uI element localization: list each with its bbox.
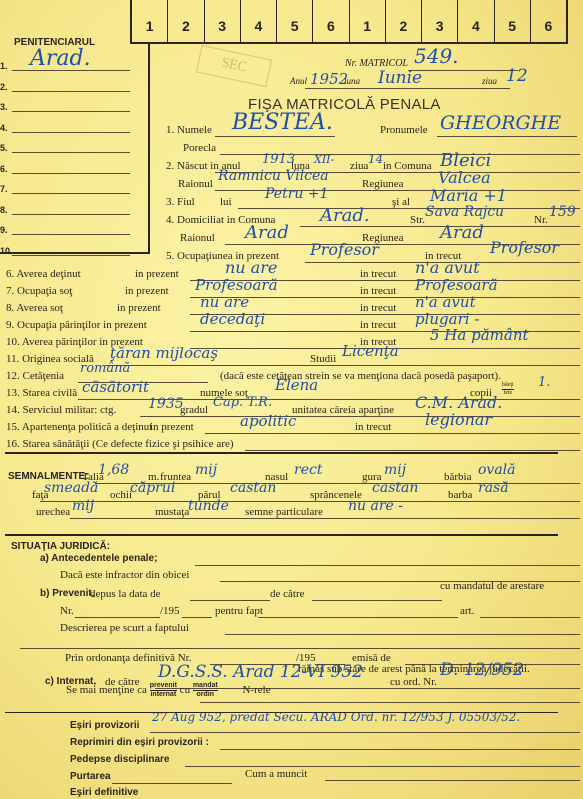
nr-value-handwritten: 159: [549, 204, 576, 220]
purtarea-label: Purtarea: [70, 771, 111, 782]
prevenit-internat-fraction: prevenitinternat: [150, 682, 177, 699]
semne-label: semne particulare: [245, 506, 323, 518]
fill-line: [140, 416, 580, 417]
grid-cell: 1: [132, 0, 168, 42]
fill-line: [40, 501, 580, 502]
reprimiri-label: Reprimiri din eşiri provizorii :: [70, 737, 209, 748]
fill-line: [312, 600, 442, 601]
mandat-label: cu mandatul de arestare: [440, 580, 544, 592]
sanatate-label: 16. Starea sănătăţii (Ce defecte fizice …: [6, 438, 234, 450]
parul-value-handwritten: castan: [230, 480, 276, 496]
raionul-value-handwritten: Ramnicu Vilcea: [218, 168, 329, 184]
cum-a-muncit-label: Cum a muncit: [245, 768, 307, 780]
fill-line: [185, 766, 580, 767]
fill-line: [225, 634, 580, 635]
tata-value-handwritten: Petru +1: [265, 186, 329, 202]
luna-label: luna: [344, 76, 360, 86]
raionul2-label: Raionul: [180, 232, 215, 244]
esiri-prov-label: Eşiri provizorii: [70, 720, 139, 731]
fill-line: [70, 518, 580, 519]
barba-value-handwritten: rasă: [478, 480, 509, 496]
cu-ord-value-handwritten: D. 12/952: [440, 660, 524, 680]
barbia-value-handwritten: ovală: [478, 462, 516, 478]
grid-cell: 4: [241, 0, 277, 42]
studii-label: Studii: [310, 353, 336, 365]
pentru-fapt-label: pentru fapt: [215, 605, 263, 617]
stare-civila-label: 13. Starea civilă: [6, 387, 77, 399]
ziua-label: ziua: [350, 160, 368, 172]
fill-line: [182, 617, 212, 618]
in-trecut-label: in trecut: [360, 285, 396, 297]
luna-value: Iunie: [378, 68, 422, 88]
fill-line: [105, 365, 580, 366]
fill-line: [150, 732, 580, 733]
ocup-sot-label: 7. Ocupaţia soţ: [6, 285, 72, 297]
numele-sot-value-handwritten: Elena: [275, 376, 318, 394]
pedepse-label: Pedepse disciplinare: [70, 754, 170, 765]
grid-cell: 5: [277, 0, 313, 42]
side-line-number: 3.: [0, 102, 8, 112]
nasul-value-handwritten: rect: [294, 462, 322, 478]
semnalmente-label: SEMNALMENTE:: [8, 471, 89, 482]
comuna-label: in Comuna: [383, 160, 432, 172]
raionul-label: Raionul: [178, 178, 213, 190]
antecedente-label: a) Antecedentele penale;: [40, 553, 157, 564]
fill-line: [325, 780, 580, 781]
mustata-label: mustaţa: [155, 506, 189, 518]
descriere-label: Descrierea pe scurt a faptului: [60, 622, 189, 634]
cu-ord-label: cu ord. Nr.: [390, 676, 437, 688]
unitatea-label: unitatea căreia aparţine: [292, 404, 394, 416]
fill-line: [238, 208, 580, 209]
gura-value-handwritten: mij: [384, 462, 406, 478]
avere-sot-trecut-handwritten: n'a avut: [415, 293, 476, 311]
sprancenele-value-handwritten: castan: [372, 480, 418, 496]
fill-line: [437, 136, 577, 137]
fill-line: [205, 433, 580, 434]
regiunea2-value-handwritten: Arad: [440, 222, 484, 243]
grid-cell: 2: [168, 0, 204, 42]
fingerprint-number-grid: 123456123456: [130, 0, 568, 44]
gradul-label: gradul: [180, 404, 208, 416]
studii-value-handwritten: Licenţa: [342, 342, 399, 360]
ziua-value: 12: [506, 66, 528, 86]
mama-value-handwritten: Maria +1: [430, 186, 507, 205]
in-trecut-label: in trecut: [360, 302, 396, 314]
ocup-parinti-prezent-handwritten: decedaţi: [200, 310, 265, 328]
porecla-label: Porecla: [183, 142, 216, 154]
avere-sot-prezent-handwritten: nu are: [200, 293, 249, 311]
ocup-trecut-handwritten: Profesor: [490, 238, 559, 257]
side-line-number: 1.: [0, 61, 8, 71]
matricol-value: 549.: [414, 44, 459, 68]
luna-value-handwritten: XII-: [314, 153, 334, 166]
copii-fraction: băeţi fete: [502, 382, 514, 397]
fiul-label: 3. Fiul: [166, 196, 195, 208]
in-trecut-label: in trecut: [360, 319, 396, 331]
in-trecut-label: in trecut: [360, 268, 396, 280]
avere-parinti-trecut-handwritten: 5 Ha pământ: [430, 326, 529, 344]
fata-value-handwritten: smeadă: [44, 480, 98, 496]
regiunea-value-handwritten: Valcea: [438, 168, 491, 187]
gradul-value-handwritten: Cap. T.R.: [213, 395, 272, 410]
ochii-value-handwritten: căprui: [130, 480, 175, 496]
avere-trecut-handwritten: n'a avut: [415, 258, 480, 277]
fill-line: [200, 702, 580, 703]
fruntea-value-handwritten: mij: [195, 462, 217, 478]
origine-value-handwritten: ţăran mijlocaş: [110, 344, 218, 362]
str-value-handwritten: Sava Rajcu: [425, 204, 504, 220]
lui-label: lui: [220, 196, 232, 208]
barba-label: barba: [448, 489, 472, 501]
fill-line: [190, 600, 270, 601]
urechea-label: urechea: [36, 506, 70, 518]
infractor-label: Dacă este infractor din obicei: [60, 569, 190, 581]
cetatenia-value-handwritten: română: [80, 361, 130, 376]
ocup-parinti-label: 9. Ocupaţia părinţilor in prezent: [6, 319, 147, 331]
side-line-number: 7.: [0, 184, 8, 194]
ziua-label: ziua: [482, 76, 497, 86]
ocup-sot-prezent-handwritten: Profesoară: [195, 276, 278, 294]
grid-cell: 1: [350, 0, 386, 42]
sec-stamp: SEC: [196, 45, 272, 87]
mustata-value-handwritten: tunde: [188, 498, 229, 514]
stare-civila-value-handwritten: căsătorit: [82, 378, 149, 396]
si-al-label: şi al: [392, 196, 410, 208]
prevenit-label: b) Prevenit,: [40, 588, 94, 599]
esiri-def-label: Eşiri definitive: [70, 787, 138, 798]
side-line-number: 9.: [0, 225, 8, 235]
numele-label: 1. Numele: [166, 124, 212, 136]
penitenciar-box: PENITENCIARUL Arad. 1.2.3.4.5.6.7.8.9.10…: [0, 44, 150, 254]
side-line-number: 10.: [0, 246, 13, 256]
raionul2-value-handwritten: Arad: [245, 222, 289, 243]
talia-value-handwritten: 1,68: [98, 462, 129, 478]
situatia-juridica-label: SITUAŢIA JURIDICĂ:: [11, 541, 110, 552]
fill-line: [75, 617, 160, 618]
fill-line: [245, 450, 580, 451]
domiciliat-value-handwritten: Arad.: [320, 205, 370, 226]
fill-line: [112, 783, 232, 784]
fill-line: [258, 617, 458, 618]
grid-cell: 3: [205, 0, 241, 42]
fill-line: [195, 565, 580, 566]
str-label: Str.: [410, 214, 425, 226]
side-line-number: 8.: [0, 205, 8, 215]
ocup-sot-trecut-handwritten: Profesoară: [415, 276, 498, 294]
grid-cell: 6: [313, 0, 349, 42]
cetatenia-label: 12. Cetăţenia: [6, 370, 64, 382]
militar-value-handwritten: 1935: [148, 396, 184, 412]
side-line-number: 2.: [0, 82, 8, 92]
fill-line: [20, 648, 580, 649]
in-trecut-label: in trecut: [355, 421, 391, 433]
copii-value-handwritten: 1.: [538, 375, 550, 390]
ziua-value-handwritten: 14: [368, 152, 383, 166]
mandat-ordin-fraction: mandatordin: [193, 682, 218, 699]
fill-line: [220, 749, 580, 750]
semne-value-handwritten: nu are -: [348, 498, 403, 514]
grid-cell: 6: [531, 0, 566, 42]
ochii-label: ochii: [110, 489, 132, 501]
cetatenia-note: (dacă este cetăţean strein se va menţion…: [220, 370, 501, 382]
in-prezent-label: in prezent: [117, 302, 161, 314]
grid-cell: 4: [458, 0, 494, 42]
grid-cell: 3: [422, 0, 458, 42]
politic-trecut-handwritten: legionar: [425, 410, 492, 429]
ocup-prezent-handwritten: Profesor: [310, 240, 379, 259]
fill-line: [480, 617, 580, 618]
side-line-number: 5.: [0, 143, 8, 153]
politic-prezent-handwritten: apolitic: [240, 412, 296, 430]
anul-value: 1952: [310, 70, 348, 88]
prevenit-rest: depus la data de: [90, 588, 161, 600]
slash-195: /195: [160, 605, 180, 617]
anul-label: Anul: [290, 76, 307, 86]
avere-sot-label: 8. Averea soţ: [6, 302, 63, 314]
in-prezent-label: in prezent: [125, 285, 169, 297]
art-label: art.: [460, 605, 474, 617]
numele-value-handwritten: BESTEA.: [232, 110, 333, 135]
in-prezent-label: in prezent: [150, 421, 194, 433]
internat-value-handwritten: D.G.S.S. Arad 12-VI 952: [158, 662, 363, 682]
pronumele-value-handwritten: GHEORGHE: [440, 112, 561, 134]
barbia-label: bărbia: [444, 471, 471, 483]
avere-label: 6. Averea deţinut: [6, 268, 81, 280]
side-line-number: 6.: [0, 164, 8, 174]
grid-cell: 5: [495, 0, 531, 42]
militar-label: 14. Serviciul militar: ctg.: [6, 404, 116, 416]
urechea-value-handwritten: mij: [72, 498, 94, 514]
in-prezent-label: in prezent: [135, 268, 179, 280]
politic-label: 15. Apartenenţa politică a deţinut: [6, 421, 152, 433]
fill-line: [215, 136, 335, 137]
nr-label: Nr.: [534, 214, 548, 226]
nr-label: Nr.: [60, 605, 74, 617]
pronumele-label: Pronumele: [380, 124, 428, 136]
penitenciar-value: Arad.: [30, 46, 91, 71]
grid-cell: 2: [386, 0, 422, 42]
side-line-number: 4.: [0, 123, 8, 133]
de-catre-label: de către: [270, 588, 305, 600]
regiunea-label: Regiunea: [362, 178, 404, 190]
avere-prezent-handwritten: nu are: [225, 258, 277, 277]
mentine-row: Se mai menţine ca prevenitinternat cu ma…: [66, 682, 271, 699]
